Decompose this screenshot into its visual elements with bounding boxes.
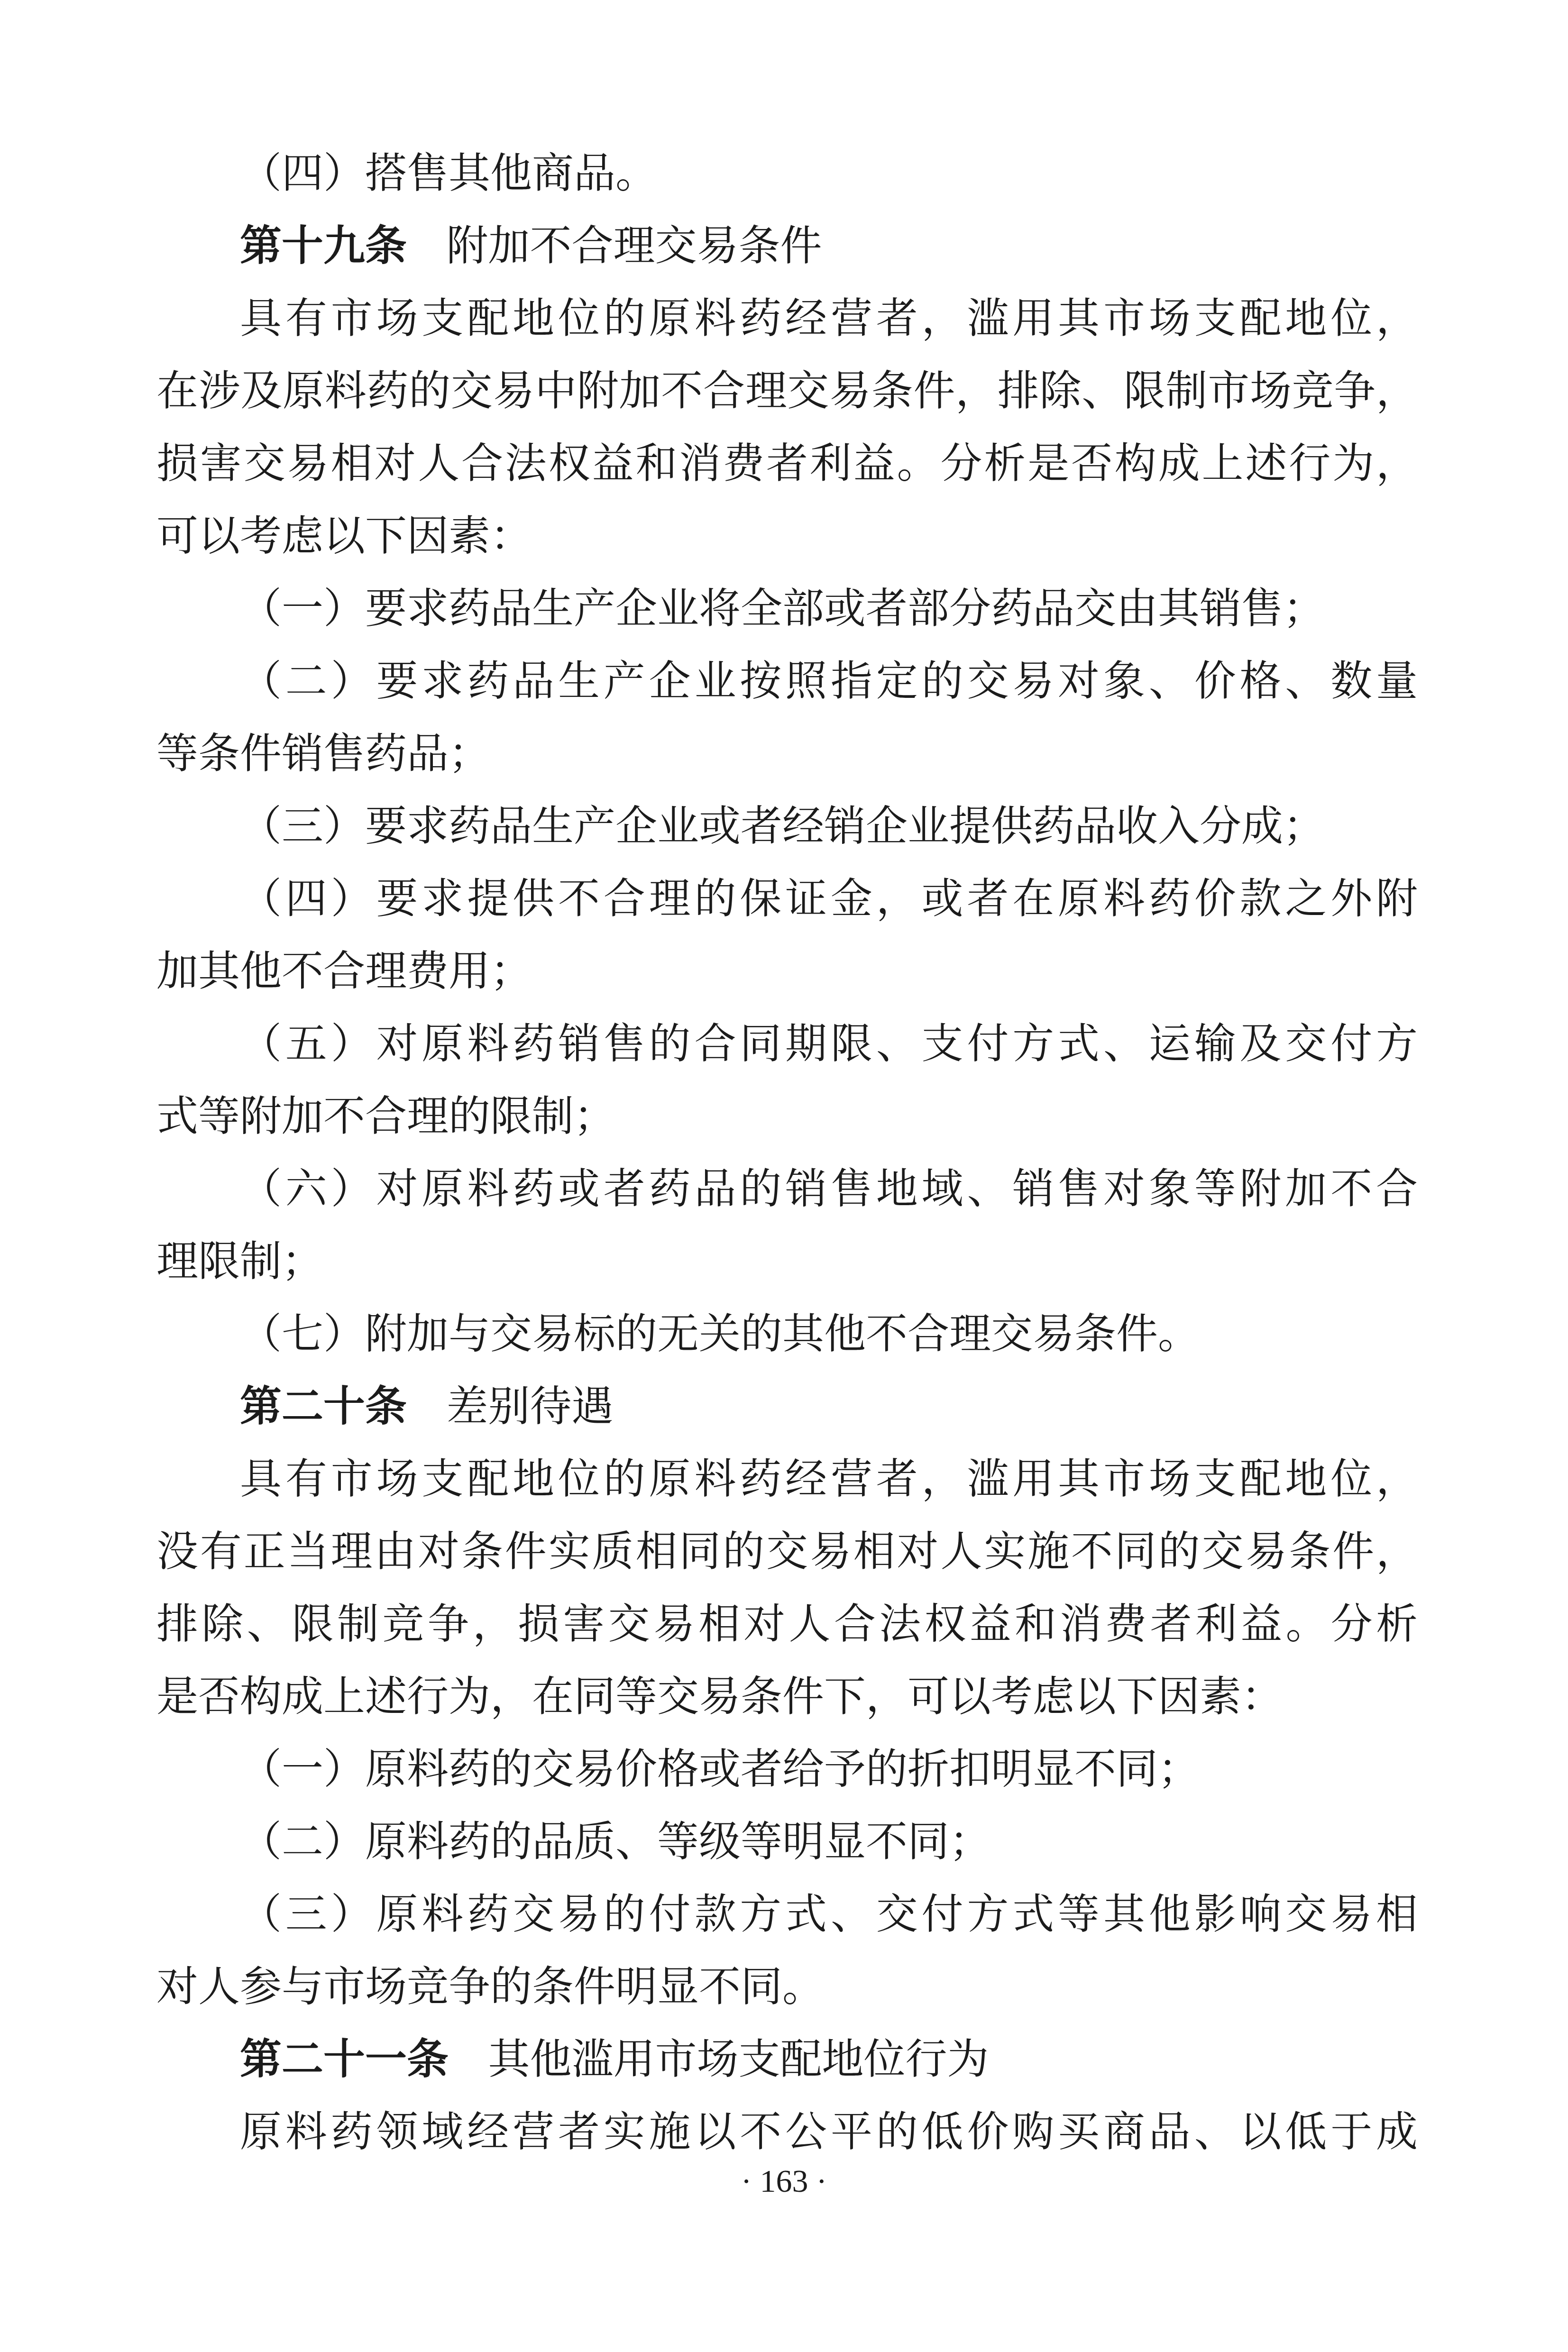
list-item-line: （一）要求药品生产企业将全部或者部分药品交由其销售； [156,573,1418,645]
text-content: （四）搭售其他商品。 第十九条附加不合理交易条件 具有市场支配地位的原料药经营者… [156,137,1418,2169]
article-heading: 第十九条附加不合理交易条件 [156,210,1418,283]
list-item-line: 式等附加不合理的限制； [156,1080,1418,1153]
document-page: （四）搭售其他商品。 第十九条附加不合理交易条件 具有市场支配地位的原料药经营者… [0,0,1568,2352]
list-item-line: 对人参与市场竞争的条件明显不同。 [156,1951,1418,2023]
paragraph-line: 可以考虑以下因素： [156,500,1418,573]
paragraph-line: 在涉及原料药的交易中附加不合理交易条件，排除、限制市场竞争， [156,355,1418,428]
paragraph-line: 没有正当理由对条件实质相同的交易相对人实施不同的交易条件， [156,1516,1418,1588]
list-item-line: 加其他不合理费用； [156,935,1418,1008]
list-item-line: （一）原料药的交易价格或者给予的折扣明显不同； [156,1733,1418,1806]
paragraph-line: 具有市场支配地位的原料药经营者，滥用其市场支配地位， [156,1443,1418,1516]
paragraph-line: 原料药领域经营者实施以不公平的低价购买商品、以低于成 [156,2096,1418,2169]
page-number: · 163 · [0,2160,1568,2202]
paragraph-line: 排除、限制竞争，损害交易相对人合法权益和消费者利益。分析 [156,1588,1418,1661]
list-item-line: （七）附加与交易标的无关的其他不合理交易条件。 [156,1298,1418,1371]
article-heading: 第二十一条其他滥用市场支配地位行为 [156,2023,1418,2096]
article-heading: 第二十条差别待遇 [156,1371,1418,1443]
list-item-line: （二）原料药的品质、等级等明显不同； [156,1806,1418,1878]
article-number: 第十九条 [240,223,407,269]
article-number: 第二十条 [240,1384,407,1430]
paragraph-line: 损害交易相对人合法权益和消费者利益。分析是否构成上述行为， [156,428,1418,500]
paragraph-line: （四）搭售其他商品。 [156,137,1418,210]
article-title: 差别待遇 [447,1384,614,1430]
list-item-line: （三）要求药品生产企业或者经销企业提供药品收入分成； [156,790,1418,863]
article-number: 第二十一条 [240,2037,449,2083]
article-title: 附加不合理交易条件 [447,223,822,269]
list-item-line: （三）原料药交易的付款方式、交付方式等其他影响交易相 [156,1878,1418,1951]
paragraph-line: 是否构成上述行为，在同等交易条件下，可以考虑以下因素： [156,1661,1418,1733]
list-item-line: （二）要求药品生产企业按照指定的交易对象、价格、数量 [156,645,1418,718]
paragraph-line: 具有市场支配地位的原料药经营者，滥用其市场支配地位， [156,283,1418,355]
list-item-line: （四）要求提供不合理的保证金，或者在原料药价款之外附 [156,863,1418,935]
list-item-line: 等条件销售药品； [156,718,1418,790]
list-item-line: 理限制； [156,1226,1418,1298]
list-item-line: （五）对原料药销售的合同期限、支付方式、运输及交付方 [156,1008,1418,1080]
article-title: 其他滥用市场支配地位行为 [488,2037,989,2083]
list-item-line: （六）对原料药或者药品的销售地域、销售对象等附加不合 [156,1153,1418,1226]
